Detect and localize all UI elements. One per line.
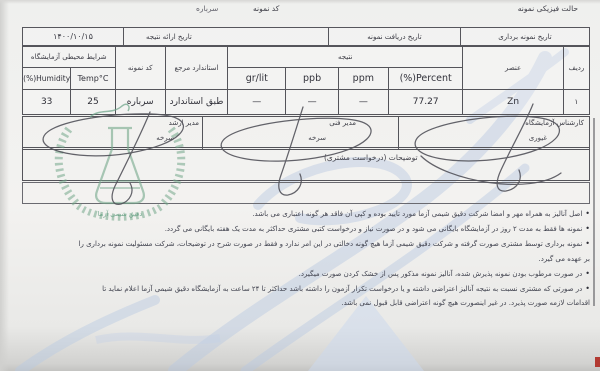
table-row: ۱ Zn 77.27 — — — طبق استاندارد سرباره 25… — [23, 90, 590, 115]
col-header-ppb: ppb — [286, 68, 338, 90]
result-date-value: ۱۴۰۰/۱۰/۱۵ — [23, 28, 123, 45]
col-header-standard: استاندارد مرجع — [165, 47, 227, 90]
term-line: •در صورتی که مشتری نسبت به نتیجه آنالیز … — [42, 282, 590, 297]
term-line: •اصل آنالیز به همراه مهر و امضا شرکت دقی… — [42, 207, 590, 222]
term-line: •نمونه ها فقط به مدت ۲ روز در آزمایشگاه … — [42, 222, 590, 237]
term-text: اصل آنالیز به همراه مهر و امضا شرکت دقیق… — [252, 210, 582, 218]
term-line-continuation: بر عهده می گیرد. — [42, 252, 590, 267]
signature-cell-senior-manager: مدیر ارشد سرخه — [23, 117, 202, 149]
sample-code-value: سرباره — [196, 4, 218, 13]
cell-percent: 77.27 — [388, 90, 462, 115]
col-header-temp: Temp°C — [71, 68, 115, 90]
empty-box — [22, 182, 590, 204]
col-header-ppm: ppm — [338, 68, 388, 90]
term-text: بر عهده می گیرد. — [539, 255, 590, 263]
term-line-continuation: اقدامات لازمه صورت پذیرد. در غیر اینصورت… — [42, 296, 590, 311]
cell-ppb: — — [286, 90, 338, 115]
term-text: در صورت مرطوب بودن نمونه پذیرش شده، آنال… — [299, 270, 583, 278]
result-date-label: تاریخ ارائه نتیجه — [146, 33, 192, 41]
cell-humidity: 33 — [23, 90, 71, 115]
bullet-icon: • — [585, 267, 590, 282]
col-group-result: نتیجه — [228, 47, 463, 68]
cell-element: Zn — [463, 90, 564, 115]
lab-expert-name: غیوری — [529, 134, 547, 142]
cell-standard: طبق استاندارد — [165, 90, 227, 115]
col-header-percent: Percent(%) — [388, 68, 462, 90]
comments-box-label: توضیحات (درخواست مشتری) — [324, 153, 418, 162]
bullet-icon: • — [585, 222, 590, 237]
results-table: ردیف عنصر نتیجه استاندارد مرجع کد نمونه … — [22, 46, 590, 115]
terms-list: •اصل آنالیز به همراه مهر و امضا شرکت دقی… — [42, 207, 590, 311]
term-text: نمونه برداری توسط مشتری صورت گرفته و شرک… — [79, 240, 583, 248]
scan-edge-top — [0, 0, 600, 4]
sample-code-label: کد نمونه — [253, 4, 279, 13]
sampling-date-cell: تاریخ نمونه برداری — [460, 28, 589, 45]
col-header-row-no: ردیف — [563, 47, 589, 90]
col-header-element: عنصر — [463, 47, 564, 90]
bullet-icon: • — [585, 282, 590, 297]
technical-manager-title: مدیر فنی — [329, 119, 356, 127]
cell-ppm: — — [338, 90, 388, 115]
term-text: در صورتی که مشتری نسبت به نتیجه آنالیز ا… — [102, 285, 582, 293]
bullet-icon: • — [585, 237, 590, 252]
cell-sample-code: سرباره — [115, 90, 165, 115]
cell-gr-lit: — — [228, 90, 286, 115]
term-line: •نمونه برداری توسط مشتری صورت گرفته و شر… — [42, 237, 590, 252]
date-row: تاریخ نمونه برداری تاریخ دریافت نمونه تا… — [22, 27, 590, 46]
col-header-sample-code: کد نمونه — [115, 47, 165, 90]
bullet-icon: • — [585, 207, 590, 222]
cell-row-no: ۱ — [563, 90, 589, 115]
senior-manager-title: مدیر ارشد — [169, 119, 199, 127]
term-text: اقدامات لازمه صورت پذیرد. در غیر اینصورت… — [341, 299, 590, 307]
comments-box: توضیحات (درخواست مشتری) — [22, 147, 590, 181]
receive-date-cell: تاریخ دریافت نمونه — [328, 28, 460, 45]
signature-cell-lab-expert: کارشناس آزمایشگاه غیوری — [398, 117, 589, 149]
col-header-gr-lit: gr/lit — [228, 68, 286, 90]
term-line: •در صورت مرطوب بودن نمونه پذیرش شده، آنا… — [42, 267, 590, 282]
technical-manager-name: سرخه — [308, 134, 326, 142]
signature-cell-technical-manager: مدیر فنی سرخه — [202, 117, 398, 149]
col-group-environment: شرایط محیطی آزمایشگاه — [23, 47, 116, 68]
term-text: نمونه ها فقط به مدت ۲ روز در آزمایشگاه ب… — [165, 225, 583, 233]
signature-row: کارشناس آزمایشگاه غیوری مدیر فنی سرخه مد… — [22, 116, 590, 150]
result-date-cell: تاریخ ارائه نتیجه — [123, 28, 328, 45]
scan-artifact-line — [593, 118, 595, 306]
senior-manager-name: سرخه — [156, 134, 174, 142]
cell-temp: 25 — [71, 90, 115, 115]
lab-expert-title: کارشناس آزمایشگاه — [525, 119, 584, 127]
scan-artifact-red — [595, 357, 600, 367]
col-header-humidity: Humidity(%) — [23, 68, 71, 90]
physical-state-label: حالت فیزیکی نمونه — [518, 4, 578, 13]
scanned-lab-report: حالت فیزیکی نمونه کد نمونه سرباره تاریخ … — [0, 0, 600, 371]
scan-edge-left — [0, 0, 9, 371]
